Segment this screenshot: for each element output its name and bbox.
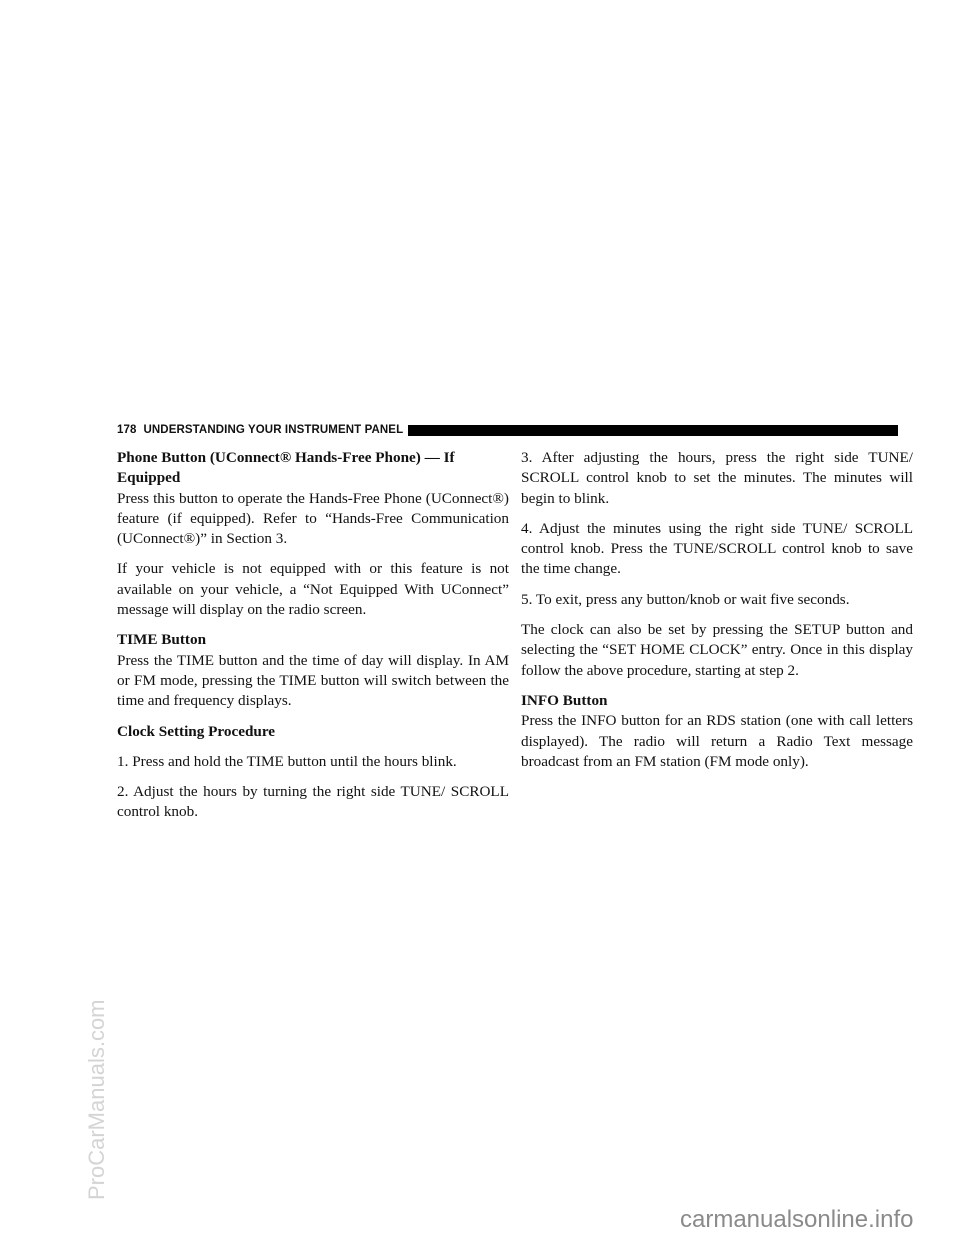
clock-step-3: 3. After adjusting the hours, press the … [521,448,913,509]
side-watermark: ProCarManuals.com [84,999,110,1200]
section-title: UNDERSTANDING YOUR INSTRUMENT PANEL [144,424,404,436]
page-number: 178 [117,424,137,436]
header-rule [408,425,898,436]
clock-step-4: 4. Adjust the minutes using the right si… [521,519,913,580]
time-paragraph: Press the TIME button and the time of da… [117,651,509,712]
page-header: 178 UNDERSTANDING YOUR INSTRUMENT PANEL [117,423,898,437]
right-column: 3. After adjusting the hours, press the … [521,448,913,782]
clock-step-1: 1. Press and hold the TIME button until … [117,752,509,772]
clock-step-5: 5. To exit, press any button/knob or wai… [521,590,913,610]
phone-paragraph-2: If your vehicle is not equipped with or … [117,559,509,620]
info-paragraph: Press the INFO button for an RDS station… [521,711,913,772]
clock-setting-heading: Clock Setting Procedure [117,722,509,742]
clock-step-2: 2. Adjust the hours by turning the right… [117,782,509,823]
phone-button-heading: Phone Button (UConnect® Hands-Free Phone… [117,448,509,489]
left-column: Phone Button (UConnect® Hands-Free Phone… [117,448,509,833]
info-button-heading: INFO Button [521,691,913,711]
bottom-watermark: carmanualsonline.info [680,1206,913,1234]
phone-paragraph-1: Press this button to operate the Hands-F… [117,489,509,550]
setup-note: The clock can also be set by pressing th… [521,620,913,681]
time-button-heading: TIME Button [117,630,509,650]
